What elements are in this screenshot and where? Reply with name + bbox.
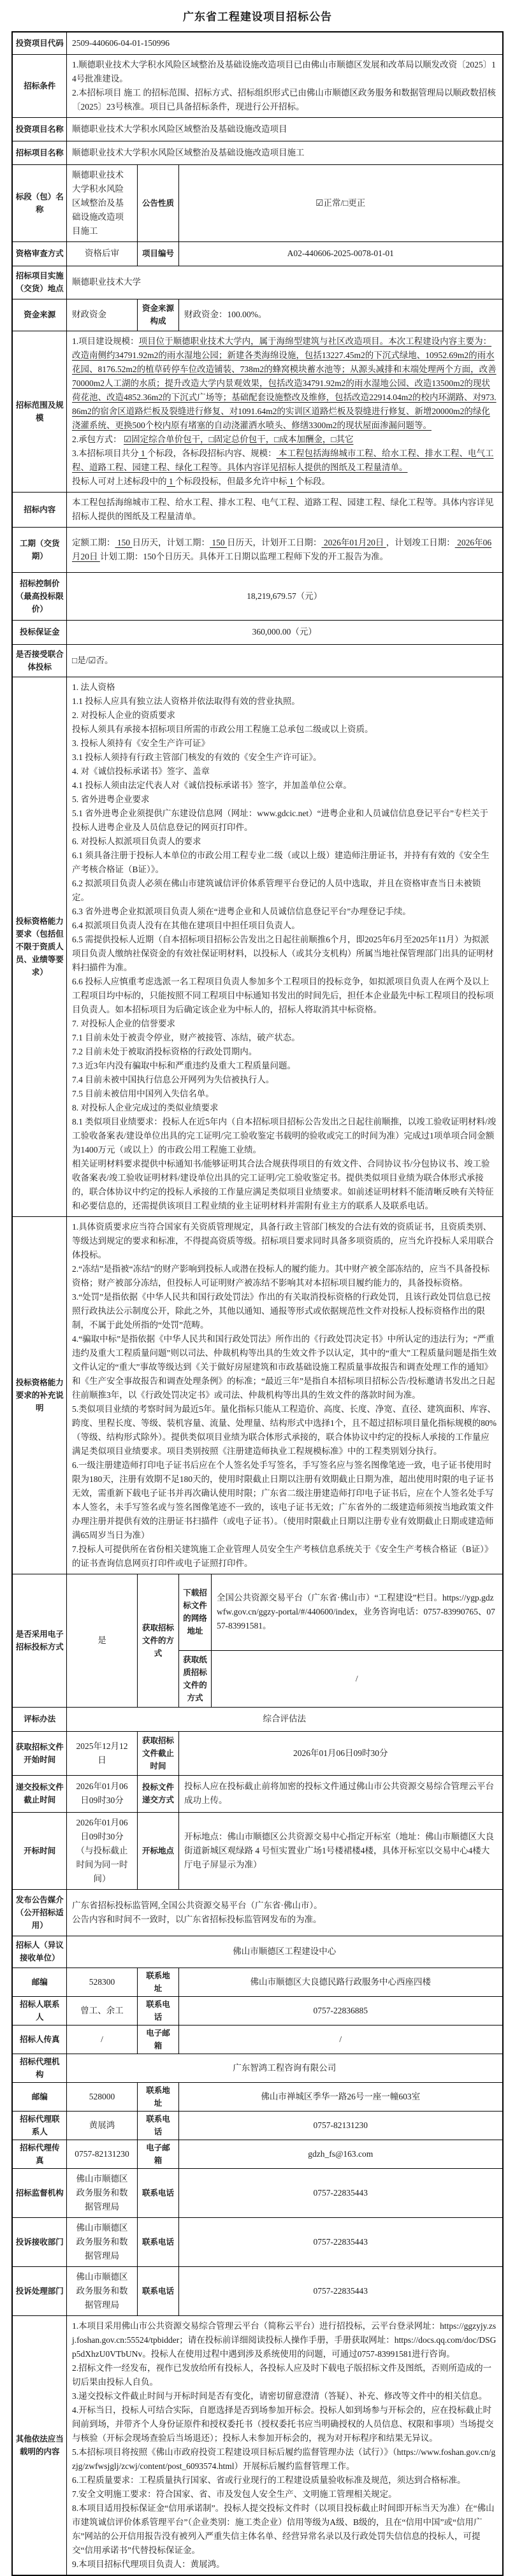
row-section-name: 标段（包）名称 顺德职业技术大学积水风险区域整治及基础设施改造项目施工 公告性质…: [12, 164, 502, 241]
agency-email-value: gdzh_fs@163.com: [178, 2140, 502, 2168]
investment-code-value: 2509-440606-04-01-150996: [66, 32, 502, 54]
prequalification-value: 资格后审: [66, 241, 137, 266]
paper-doc-method-value: /: [211, 1650, 502, 1707]
tenderer-contact-label: 招标人联系人: [12, 1996, 66, 2025]
investment-code-label: 投资项目代码: [12, 32, 66, 54]
tenderer-address-label: 联系地址: [137, 1968, 178, 1996]
doc-start-time-label: 获取招标文件开始时间: [12, 1731, 66, 1775]
row-agency: 招标代理机构 广东智鸿工程咨询有限公司: [12, 2054, 502, 2082]
qualification-supplement-value: 1.具体资质要求应当符合国家有关资质管理规定，具备行政主管部门核发的合法有效的资…: [66, 1216, 502, 1574]
notice-nature-value: ☑正常/□更正: [178, 164, 502, 241]
row-agency-contact: 招标代理联系人 黄展鸿 联系电话 0757-82131230: [12, 2111, 502, 2140]
row-complaint-handler: 投诉处理部门 佛山市顺德区政务服务和数据管理局 联系电话 0757-228354…: [12, 2266, 502, 2315]
announcement-media-value: 广东省招标投标监管网,全国公共资源交易平台（广东省·佛山市）。公告内容和时间不一…: [66, 1889, 502, 1936]
complaint-handler-label: 投诉处理部门: [12, 2266, 66, 2315]
doc-start-time-value: 2025年12月12日: [66, 1731, 137, 1775]
scope-value: 1.项目建设规模：项目位于顺德职业技术大学内，属于海绵型建筑与社区改造项目。本次…: [66, 331, 502, 492]
opening-time-label: 开标时间: [12, 1812, 66, 1889]
row-tenderer-contact: 招标人联系人 曾工、余工 联系电话 0757-22836885: [12, 1996, 502, 2025]
consortium-value: □是/☑否。: [66, 644, 502, 677]
doc-download-address-value: 全国公共资源交易平台（广东省·佛山市）“工程建设”栏目。https://ygp.…: [211, 1574, 502, 1650]
doc-obtain-method-label: 获取招标文件的方式: [137, 1574, 178, 1707]
etender-value: 是: [66, 1574, 137, 1707]
row-tenderer: 招标人（异议接收单位） 佛山市顺德区工程建设中心: [12, 1936, 502, 1968]
consortium-label: 是否接受联合体投标: [12, 644, 66, 677]
agency-phone-value: 0757-82131230: [178, 2111, 502, 2140]
agency-fax-value: 0757-82131230: [66, 2140, 137, 2168]
row-etender: 是否采用电子招标投标方式 是 获取招标文件的方式 下载招标文件的网络地址 全国公…: [12, 1574, 502, 1650]
agency-fax-label: 招标代理传真: [12, 2140, 66, 2168]
agency-address-label: 联系地址: [137, 2082, 178, 2111]
tender-conditions-label: 招标条件: [12, 54, 66, 117]
row-project-name: 招标项目名称 顺德职业技术大学积水风险区域整治及基础设施改造项目施工: [12, 141, 502, 164]
agency-zip-value: 528000: [66, 2082, 137, 2111]
complaint-receiver-value: 佛山市顺德区政务服务和数据管理局: [66, 2217, 137, 2266]
location-label: 招标项目实施（交货）地点: [12, 266, 66, 299]
complaint-receiver-label: 投诉接收部门: [12, 2217, 66, 2266]
doc-deadline-value: 2026年01月06日09时30分: [178, 1731, 502, 1775]
qualification-requirements-value: 1. 法人资格1.1 投标人应具有独立法人资格并依法取得有效的营业执照。2. 对…: [66, 677, 502, 1216]
complaint-handler-phone-label: 联系电话: [137, 2266, 178, 2315]
prequalification-label: 资格审查方式: [12, 241, 66, 266]
tenderer-address-value: 佛山市顺德区大良德民路行政服务中心西座四楼: [178, 1968, 502, 1996]
doc-download-address-label: 下载招标文件的网络地址: [178, 1574, 211, 1650]
project-name-value: 顺德职业技术大学积水风险区域整治及基础设施改造项目施工: [66, 141, 502, 164]
row-bid-opening: 开标时间 2026年01月06日09时30分（与投标截止时间为同一时间） 开标地…: [12, 1812, 502, 1889]
agency-zip-label: 邮编: [12, 2082, 66, 2111]
row-submission: 递交投标文件截止时间 2026年01月06日09时30分 投标文件递交方式 投标…: [12, 1775, 502, 1812]
supervisor-value: 佛山市顺德区政务服务和数据管理局: [66, 2168, 137, 2217]
tender-content-label: 招标内容: [12, 492, 66, 527]
qualification-supplement-label: 投标资格能力要求的补充说明: [12, 1216, 66, 1574]
investment-name-value: 顺德职业技术大学积水风险区域整治及基础设施改造项目: [66, 117, 502, 141]
row-tenderer-fax: 招标人传真 / 电子邮箱 /: [12, 2025, 502, 2054]
row-duration: 工期（交货期） 定额工期： 150 日历天，计划工期： 150 日历天，计划开工…: [12, 527, 502, 572]
tenderer-email-label: 电子邮箱: [137, 2025, 178, 2054]
row-location: 招标项目实施（交货）地点 顺德职业技术大学: [12, 266, 502, 299]
evaluation-method-value: 综合评估法: [66, 1707, 502, 1731]
agency-email-label: 电子邮箱: [137, 2140, 178, 2168]
tenderer-fax-value: /: [66, 2025, 137, 2054]
row-qualification-requirements: 投标资格能力要求（包括但不限于资质人员、业绩等要求） 1. 法人资格1.1 投标…: [12, 677, 502, 1216]
submission-method-value: 投标人应在投标截止前将加密的投标文件通过佛山市公共资源交易综合管理云平台成功上传…: [178, 1775, 502, 1812]
row-other-contents: 其他依法应当载明的内容 1.本项目采用佛山市公共资源交易综合管理云平台（简称云平…: [12, 2315, 502, 2575]
row-bid-deposit: 投标保证金 360,000.00（元）: [12, 620, 502, 644]
agency-label: 招标代理机构: [12, 2054, 66, 2082]
page-title: 广东省工程建设项目招标公告: [0, 8, 515, 24]
submission-method-label: 投标文件递交方式: [137, 1775, 178, 1812]
funding-label: 资金来源: [12, 299, 66, 331]
row-agency-zip: 邮编 528000 联系地址 佛山市禅城区季华一路26号一座一幢603室: [12, 2082, 502, 2111]
location-value: 顺德职业技术大学: [66, 266, 502, 299]
scope-label: 招标范围及规模: [12, 331, 66, 492]
price-ceiling-value: 18,219,679.57（元）: [66, 572, 502, 620]
opening-time-value: 2026年01月06日09时30分（与投标截止时间为同一时间）: [66, 1812, 137, 1889]
other-contents-label: 其他依法应当载明的内容: [12, 2315, 66, 2575]
tenderer-fax-label: 招标人传真: [12, 2025, 66, 2054]
row-tender-conditions: 招标条件 1.顺德职业技术大学积水风险区域整治及基础设施改造项目已由佛山市顺德区…: [12, 54, 502, 117]
complaint-receiver-phone-label: 联系电话: [137, 2217, 178, 2266]
tenderer-phone-label: 联系电话: [137, 1996, 178, 2025]
notice-nature-label: 公告性质: [137, 164, 178, 241]
opening-place-label: 开标地点: [137, 1812, 178, 1889]
investment-name-label: 投资项目名称: [12, 117, 66, 141]
bid-deposit-label: 投标保证金: [12, 620, 66, 644]
row-complaint-receiver: 投诉接收部门 佛山市顺德区政务服务和数据管理局 联系电话 0757-228354…: [12, 2217, 502, 2266]
duration-label: 工期（交货期）: [12, 527, 66, 572]
tenderer-zip-value: 528300: [66, 1968, 137, 1996]
complaint-handler-value: 佛山市顺德区政务服务和数据管理局: [66, 2266, 137, 2315]
tender-conditions-value: 1.顺德职业技术大学积水风险区域整治及基础设施改造项目已由佛山市顺德区发展和改革…: [66, 54, 502, 117]
submission-deadline-value: 2026年01月06日09时30分: [66, 1775, 137, 1812]
agency-contact-value: 黄展鸿: [66, 2111, 137, 2140]
agency-phone-label: 联系电话: [137, 2111, 178, 2140]
funding-composition-value: 财政资金：100.00%。: [178, 299, 502, 331]
row-prequalification: 资格审查方式 资格后审 项目编号 A02-440606-2025-0078-01…: [12, 241, 502, 266]
tenderer-phone-value: 0757-22836885: [178, 1996, 502, 2025]
row-qualification-supplement: 投标资格能力要求的补充说明 1.具体资质要求应当符合国家有关资质管理规定，具备行…: [12, 1216, 502, 1574]
tenderer-contact-value: 曾工、余工: [66, 1996, 137, 2025]
announcement-table: 投资项目代码 2509-440606-04-01-150996 招标条件 1.顺…: [11, 31, 503, 2576]
project-number-value: A02-440606-2025-0078-01-01: [178, 241, 502, 266]
row-announcement-media: 发布公告媒介（公开招标适用） 广东省招标投标监管网,全国公共资源交易平台（广东省…: [12, 1889, 502, 1936]
doc-deadline-label: 获取招标文件截止时间: [137, 1731, 178, 1775]
other-contents-value: 1.本项目采用佛山市公共资源交易综合管理云平台（简称云平台）进行招投标，云平台登…: [66, 2315, 502, 2575]
announcement-media-label: 发布公告媒介（公开招标适用）: [12, 1889, 66, 1936]
tenderer-zip-label: 邮编: [12, 1968, 66, 1996]
supervisor-label: 招标监督机构: [12, 2168, 66, 2217]
tenderer-email-value: /: [178, 2025, 502, 2054]
price-ceiling-label: 招标控制价（最高投标限价）: [12, 572, 66, 620]
submission-deadline-label: 递交投标文件截止时间: [12, 1775, 66, 1812]
agency-address-value: 佛山市禅城区季华一路26号一座一幢603室: [178, 2082, 502, 2111]
row-investment-name: 投资项目名称 顺德职业技术大学积水风险区域整治及基础设施改造项目: [12, 117, 502, 141]
row-supervisor: 招标监督机构 佛山市顺德区政务服务和数据管理局 联系电话 0757-228354…: [12, 2168, 502, 2217]
supervisor-phone-label: 联系电话: [137, 2168, 178, 2217]
funding-value: 财政资金: [66, 299, 137, 331]
evaluation-method-label: 评标办法: [12, 1707, 66, 1731]
agency-value: 广东智鸿工程咨询有限公司: [66, 2054, 502, 2082]
announcement-page: 广东省工程建设项目招标公告 投资项目代码 2509-440606-04-01-1…: [0, 0, 515, 2576]
tenderer-value: 佛山市顺德区工程建设中心: [66, 1936, 502, 1968]
row-funding: 资金来源 财政资金 资金来源构成 财政资金：100.00%。: [12, 299, 502, 331]
tender-content-value: 本工程包括海绵城市工程、给水工程、排水工程、电气工程、道路工程、园建工程、绿化工…: [66, 492, 502, 527]
complaint-receiver-phone-value: 0757-22835443: [178, 2217, 502, 2266]
funding-composition-label: 资金来源构成: [137, 299, 178, 331]
row-evaluation-method: 评标办法 综合评估法: [12, 1707, 502, 1731]
paper-doc-method-label: 获取纸质招标文件的方式: [178, 1650, 211, 1707]
row-price-ceiling: 招标控制价（最高投标限价） 18,219,679.57（元）: [12, 572, 502, 620]
etender-label: 是否采用电子招标投标方式: [12, 1574, 66, 1707]
project-name-label: 招标项目名称: [12, 141, 66, 164]
agency-contact-label: 招标代理联系人: [12, 2111, 66, 2140]
row-investment-code: 投资项目代码 2509-440606-04-01-150996: [12, 32, 502, 54]
row-tenderer-zip: 邮编 528300 联系地址 佛山市顺德区大良德民路行政服务中心西座四楼: [12, 1968, 502, 1996]
complaint-handler-phone-value: 0757-22835443: [178, 2266, 502, 2315]
tenderer-label: 招标人（异议接收单位）: [12, 1936, 66, 1968]
project-number-label: 项目编号: [137, 241, 178, 266]
opening-place-value: 开标地点：佛山市顺德区公共资源交易中心指定开标室（地址：佛山市顺德区大良街道新城…: [178, 1812, 502, 1889]
row-agency-fax: 招标代理传真 0757-82131230 电子邮箱 gdzh_fs@163.co…: [12, 2140, 502, 2168]
duration-value: 定额工期： 150 日历天，计划工期： 150 日历天，计划开工日期： 2026…: [66, 527, 502, 572]
row-tender-content: 招标内容 本工程包括海绵城市工程、给水工程、排水工程、电气工程、道路工程、园建工…: [12, 492, 502, 527]
row-doc-time: 获取招标文件开始时间 2025年12月12日 获取招标文件截止时间 2026年0…: [12, 1731, 502, 1775]
bid-deposit-value: 360,000.00（元）: [66, 620, 502, 644]
section-name-value: 顺德职业技术大学积水风险区域整治及基础设施改造项目施工: [66, 164, 137, 241]
section-name-label: 标段（包）名称: [12, 164, 66, 241]
row-consortium: 是否接受联合体投标 □是/☑否。: [12, 644, 502, 677]
supervisor-phone-value: 0757-22835443: [178, 2168, 502, 2217]
row-scope: 招标范围及规模 1.项目建设规模：项目位于顺德职业技术大学内，属于海绵型建筑与社…: [12, 331, 502, 492]
qualification-requirements-label: 投标资格能力要求（包括但不限于资质人员、业绩等要求）: [12, 677, 66, 1216]
